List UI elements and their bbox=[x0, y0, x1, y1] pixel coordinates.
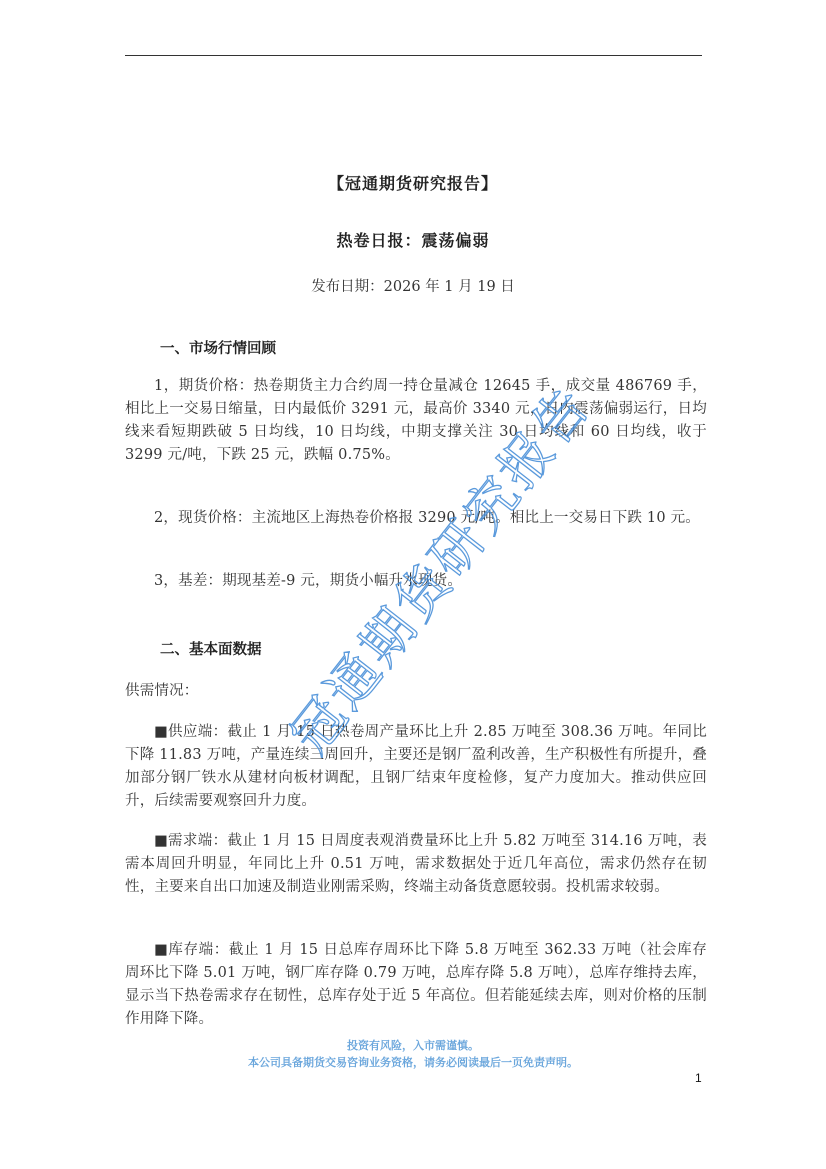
report-tag: 【冠通期货研究报告】 bbox=[0, 171, 826, 194]
section-heading-fundamentals: 二、基本面数据 bbox=[160, 638, 262, 659]
paragraph-supply: ■供应端：截止 1 月 15 日热卷周产量环比上升 2.85 万吨至 308.3… bbox=[125, 721, 707, 813]
paragraph-futures-price: 1，期货价格：热卷期货主力合约周一持仓量减仓 12645 手，成交量 48676… bbox=[125, 375, 707, 467]
page-title: 热卷日报：震荡偏弱 bbox=[0, 228, 826, 251]
publish-date: 发布日期：2026 年 1 月 19 日 bbox=[0, 275, 826, 296]
footer-disclaimer: 本公司具备期货交易咨询业务资格，请务必阅读最后一页免责声明。 bbox=[0, 1054, 826, 1071]
header-rule bbox=[125, 55, 702, 56]
page-number: 1 bbox=[695, 1071, 702, 1085]
footer-risk-warning: 投资有风险，入市需谨慎。 bbox=[0, 1037, 826, 1054]
paragraph-basis: 3，基差：期现基差-9 元，期货小幅升水现货。 bbox=[125, 570, 707, 593]
paragraph-inventory: ■库存端：截止 1 月 15 日总库存周环比下降 5.8 万吨至 362.33 … bbox=[125, 939, 707, 1031]
supply-demand-intro: 供需情况： bbox=[125, 680, 707, 703]
paragraph-demand: ■需求端：截止 1 月 15 日周度表观消费量环比上升 5.82 万吨至 314… bbox=[125, 830, 707, 899]
paragraph-spot-price: 2，现货价格：主流地区上海热卷价格报 3290 元/吨。相比上一交易日下跌 10… bbox=[125, 507, 707, 530]
section-heading-market-review: 一、市场行情回顾 bbox=[160, 337, 276, 358]
